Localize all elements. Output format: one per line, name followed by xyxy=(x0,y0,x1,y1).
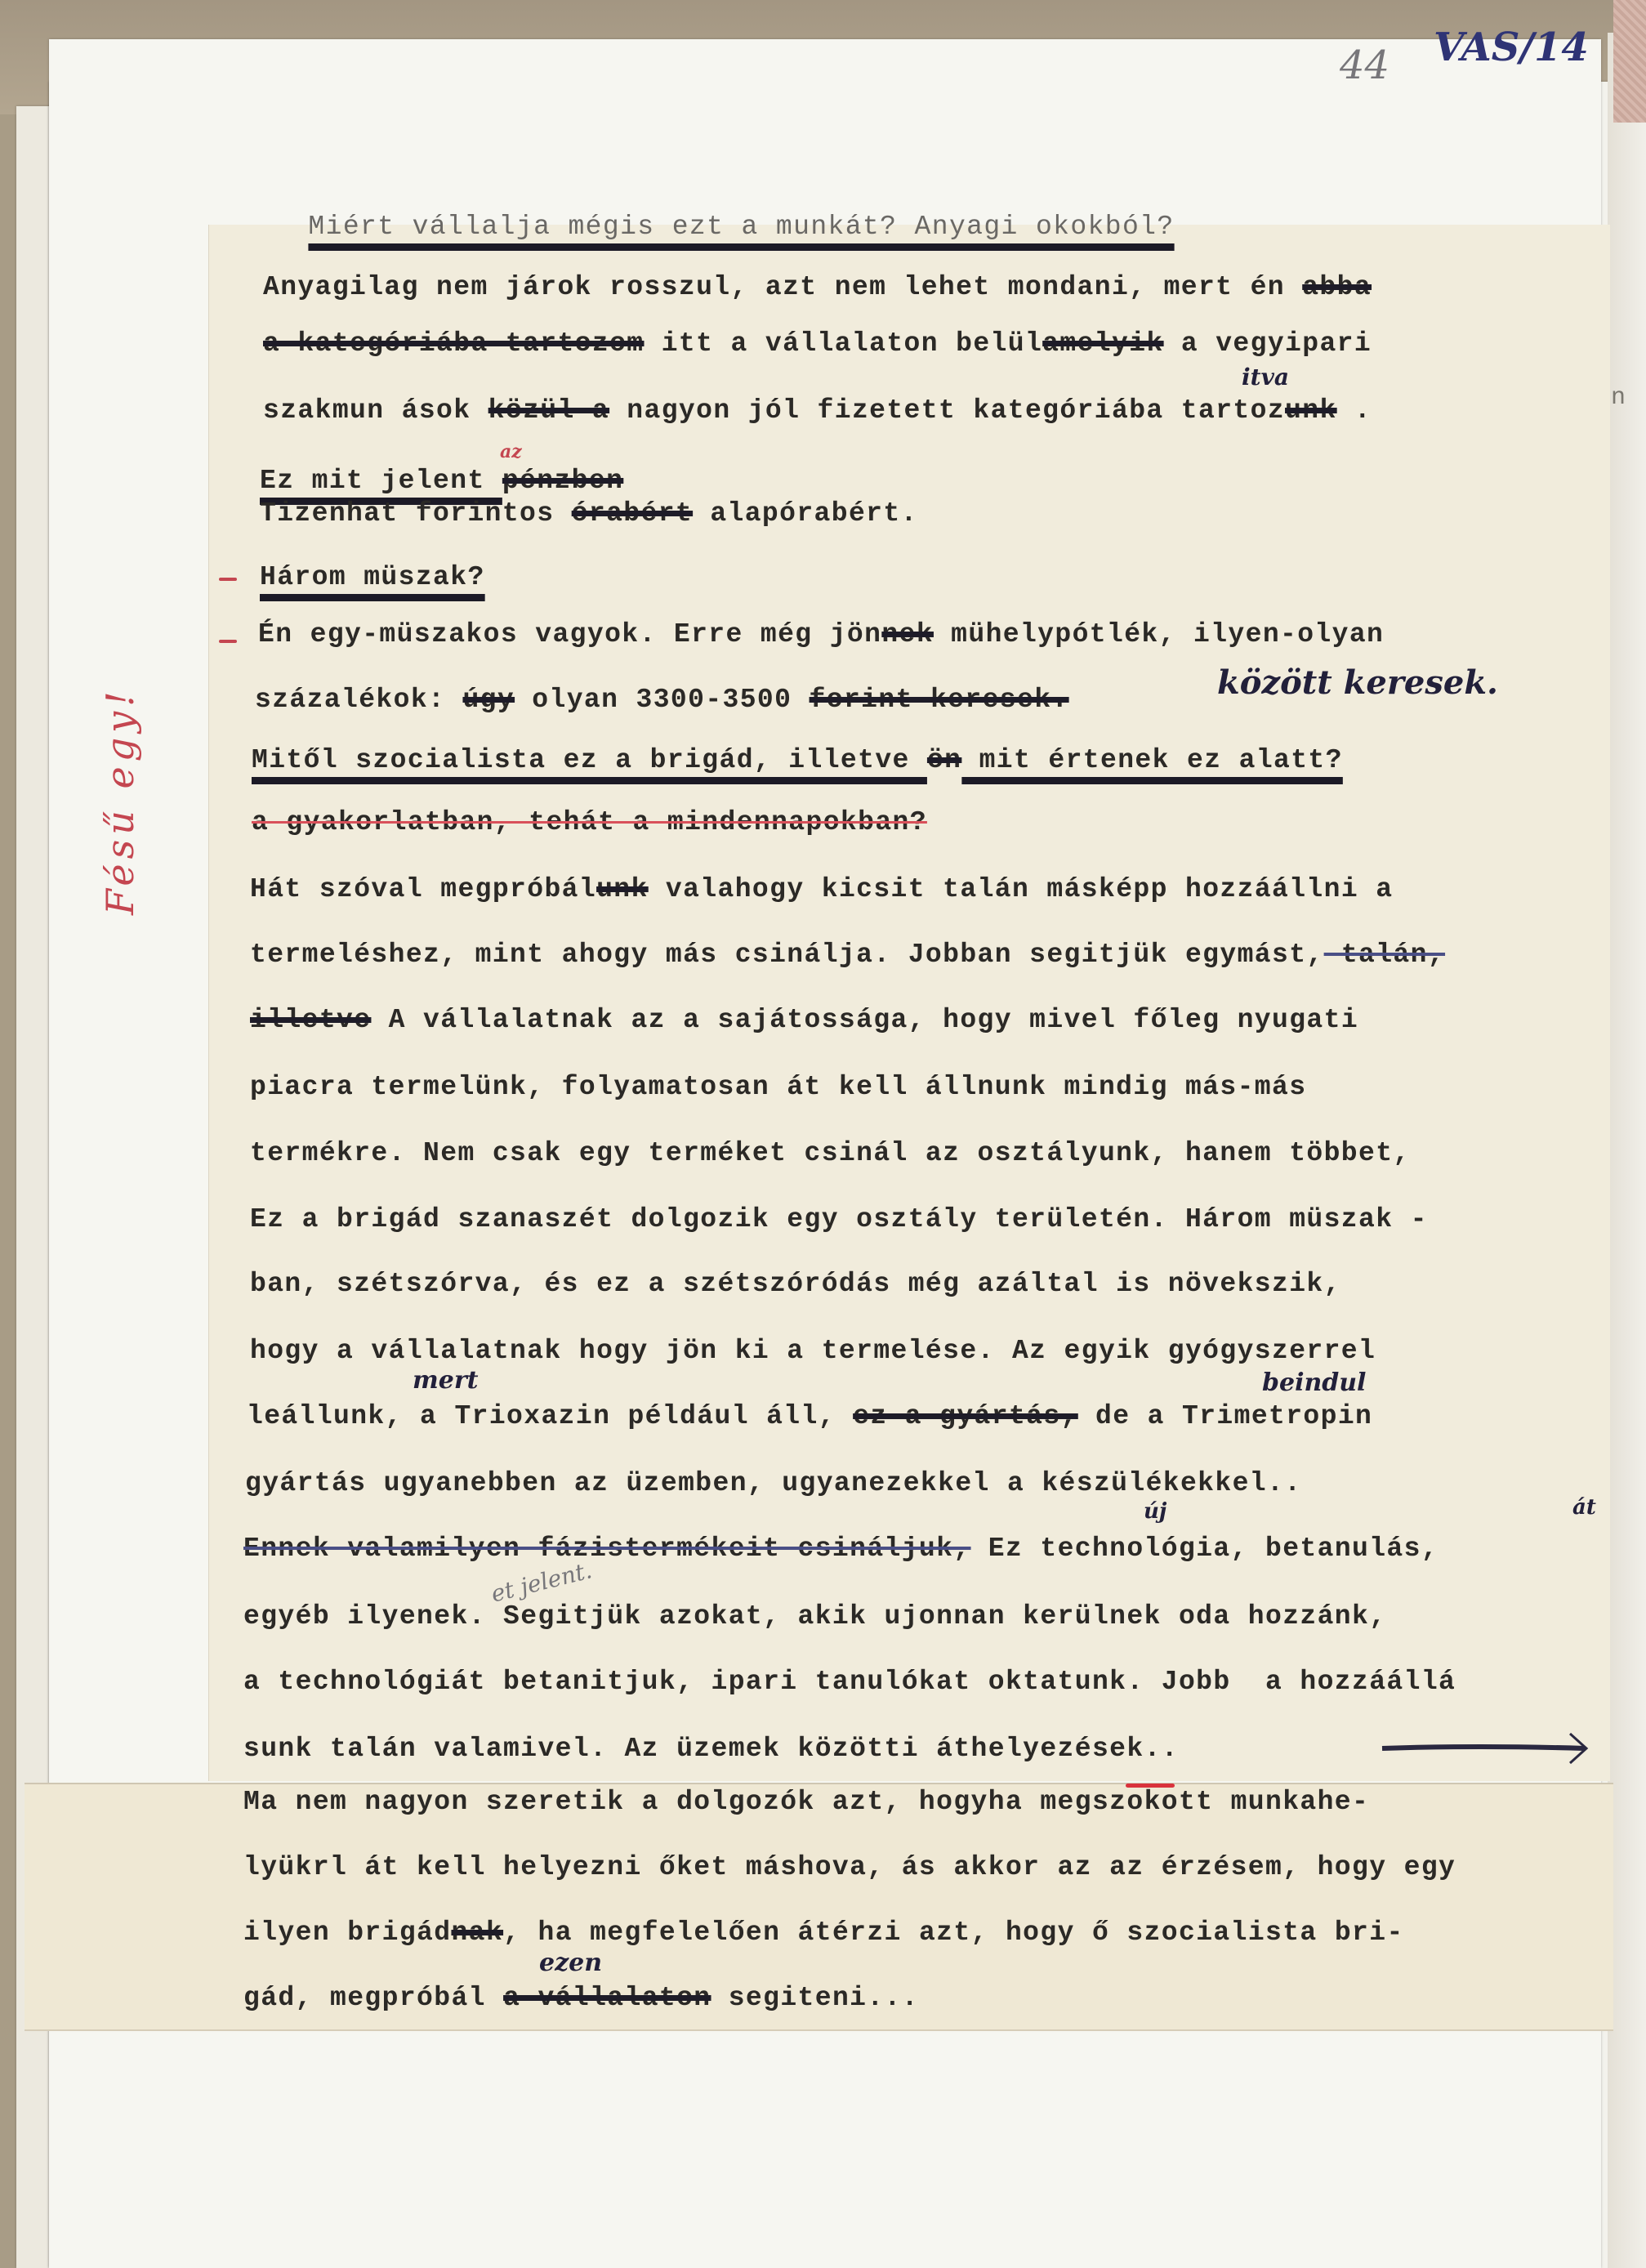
handwritten-insertion: át xyxy=(1572,1495,1596,1520)
transcript-line: a kategóriába tartozom itt a vállalaton … xyxy=(263,328,1372,359)
stray-letter: n xyxy=(1611,384,1626,412)
paper-stack-edge xyxy=(1608,33,1646,2268)
transcript-line: ban, szétszórva, és ez a szétszóródás mé… xyxy=(250,1269,1341,1299)
transcript-line: Hát szóval megpróbálunk valahogy kicsit … xyxy=(250,874,1393,904)
transcript-line: ilyen brigádnak, ha megfelelően átérzi a… xyxy=(243,1918,1404,1948)
red-correction-mark xyxy=(1126,1784,1175,1788)
question-line: Három müszak? xyxy=(260,562,485,592)
transcript-line: sunk talán valamivel. Az üzemek közötti … xyxy=(243,1734,1179,1764)
transcript-line: egyéb ilyenek. Segitjük azokat, akik ujo… xyxy=(243,1601,1386,1632)
margin-dash-red xyxy=(219,640,237,643)
transcript-line: gyártás ugyanebben az üzemben, ugyanezek… xyxy=(245,1468,1301,1498)
transcript-line: Ez a brigád szanaszét dolgozik egy osztá… xyxy=(250,1204,1428,1234)
binder-clip-fabric xyxy=(1613,0,1646,123)
handwritten-insertion: új xyxy=(1144,1499,1166,1524)
handwritten-insertion: mert xyxy=(413,1366,479,1395)
transcript-line: Ennek valamilyen fázistermékeit csinálju… xyxy=(243,1534,1439,1564)
handwritten-insertion: beindul xyxy=(1262,1368,1366,1397)
handwritten-insertion: ezen xyxy=(539,1949,602,1977)
arrow-right-icon xyxy=(1381,1732,1593,1765)
handwritten-insertion: itva xyxy=(1242,364,1289,391)
margin-note-red: Fésű egy! xyxy=(98,686,142,915)
transcript-line: piacra termelünk, folyamatosan át kell á… xyxy=(250,1072,1306,1102)
question-heading: Miért vállalja mégis ezt a munkát? Anyag… xyxy=(274,181,1175,242)
transcript-line: Ma nem nagyon szeretik a dolgozók azt, h… xyxy=(243,1787,1369,1817)
transcript-line: Tizenhat forintos órabért alapórabért. xyxy=(260,498,918,529)
transcript-line: leállunk, a Trioxazin például áll, ez a … xyxy=(247,1401,1372,1431)
transcript-line: százalékok: úgy olyan 3300-3500 forint k… xyxy=(255,685,1069,715)
handwritten-insertion-red: az xyxy=(500,441,522,462)
transcript-line: a technológiát betanitjuk, ipari tanulók… xyxy=(243,1667,1456,1697)
handwritten-insertion: között keresek. xyxy=(1217,663,1498,702)
question-line: Ez mit jelent pénzben xyxy=(260,466,623,496)
transcript-line: szakmun ások közül a nagyon jól fizetett… xyxy=(263,395,1372,426)
transcript-line: gád, megpróbál a vállalaton segiteni... xyxy=(243,1983,919,2013)
transcript-line: hogy a vállalatnak hogy jön ki a termelé… xyxy=(250,1336,1376,1366)
transcript-line: illetve A vállalatnak az a sajátossága, … xyxy=(250,1005,1358,1035)
transcript-line: lyükrl át kell helyezni őket máshova, ás… xyxy=(243,1852,1456,1882)
margin-dash-red xyxy=(219,578,237,581)
transcript-line: termeléshez, mint ahogy más csinálja. Jo… xyxy=(250,940,1445,970)
archive-code: VAS/14 xyxy=(1434,25,1589,70)
question-line: Mitől szocialista ez a brigád, illetve ö… xyxy=(252,745,1343,775)
transcript-line: Anyagilag nem járok rosszul, azt nem leh… xyxy=(263,272,1372,302)
transcript-line: termékre. Nem csak egy terméket csinál a… xyxy=(250,1138,1411,1168)
question-line: a gyakorlatban, tehát a mindennapokban? xyxy=(252,807,927,837)
page-number-pencil: 44 xyxy=(1340,42,1390,88)
transcript-line: Én egy-müszakos vagyok. Erre még jönnek … xyxy=(258,619,1384,650)
